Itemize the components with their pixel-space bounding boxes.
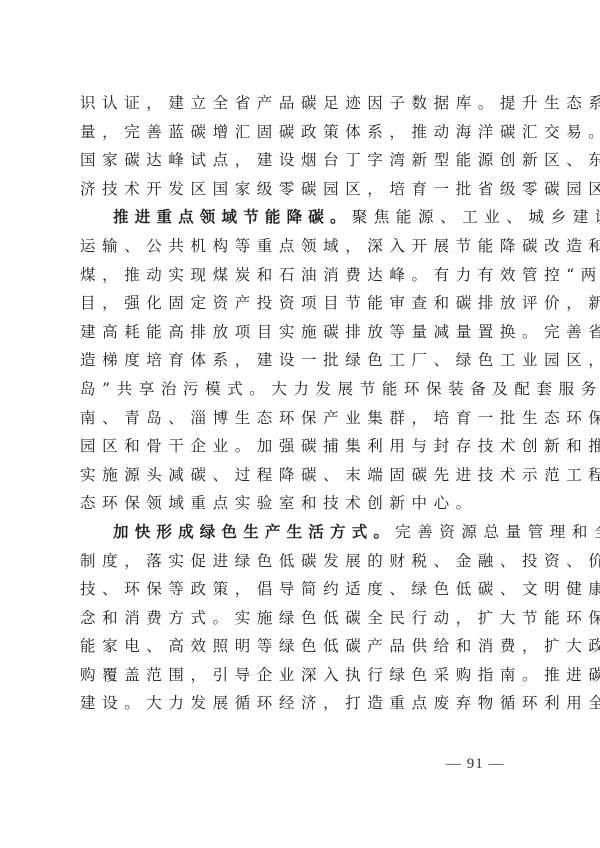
text-line: 运输、公共机构等重点领域，深入开展节能降碳改造和控煤减 (80, 232, 530, 261)
text-line: 建设。大力发展循环经济，打造重点废弃物循环利用全产业链。 (80, 689, 530, 718)
text-line: 园区和骨干企业。加强碳捕集利用与封存技术创新和推广应用。 (80, 432, 530, 461)
text-run: 完善资源总量管理和全面节约 (395, 523, 600, 541)
paragraph-heading: 推进重点领域节能降碳。 (113, 208, 352, 226)
paragraph-start: 加快形成绿色生产生活方式。完善资源总量管理和全面节约 (80, 518, 530, 547)
text-line: 态环保领域重点实验室和技术创新中心。 (80, 489, 530, 518)
text-line: 目，强化固定资产投资项目节能审查和碳排放评价，新建和改扩 (80, 289, 530, 318)
text-line: 济技术开发区国家级零碳园区，培育一批省级零碳园区。 (80, 175, 530, 204)
text-line: 能家电、高效照明等绿色低碳产品供给和消费，扩大政府绿色采 (80, 632, 530, 661)
text-line: 制度，落实促进绿色低碳发展的财税、金融、投资、价格、科 (80, 547, 530, 576)
paragraph-heading: 加快形成绿色生产生活方式。 (113, 523, 395, 541)
body-text: 识认证，建立全省产品碳足迹因子数据库。提升生态系统碳汇增 量，完善蓝碳增汇固碳政… (80, 89, 530, 718)
text-line: 量，完善蓝碳增汇固碳政策体系，推动海洋碳汇交易。扎实推进 (80, 118, 530, 147)
text-line: 建高耗能高排放项目实施碳排放等量减量置换。完善省市绿色制 (80, 318, 530, 347)
text-line: 造梯度培育体系，建设一批绿色工厂、绿色工业园区，推行“绿 (80, 346, 530, 375)
text-line: 国家碳达峰试点，建设烟台丁字湾新型能源创新区、东营垦利经 (80, 146, 530, 175)
page-number: — 91 — (446, 756, 505, 773)
document-page: 识认证，建立全省产品碳足迹因子数据库。提升生态系统碳汇增 量，完善蓝碳增汇固碳政… (0, 0, 600, 848)
text-line: 识认证，建立全省产品碳足迹因子数据库。提升生态系统碳汇增 (80, 89, 530, 118)
text-line: 购覆盖范围，引导企业深入执行绿色采购指南。推进碳普惠试点 (80, 661, 530, 690)
text-line: 南、青岛、淄博生态环保产业集群，培育一批生态环保产业特色 (80, 404, 530, 433)
text-line: 实施源头减碳、过程降碳、末端固碳先进技术示范工程，建设生 (80, 461, 530, 490)
text-line: 念和消费方式。实施绿色低碳全民行动，扩大节能环保汽车、节 (80, 604, 530, 633)
text-line: 岛”共享治污模式。大力发展节能环保装备及配套服务，建设济 (80, 375, 530, 404)
text-line: 煤，推动实现煤炭和石油消费达峰。有力有效管控“两高”项 (80, 261, 530, 290)
text-run: 聚焦能源、工业、城乡建设、交通 (352, 208, 600, 226)
paragraph-start: 推进重点领域节能降碳。聚焦能源、工业、城乡建设、交通 (80, 203, 530, 232)
text-line: 技、环保等政策，倡导简约适度、绿色低碳、文明健康的生活理 (80, 575, 530, 604)
